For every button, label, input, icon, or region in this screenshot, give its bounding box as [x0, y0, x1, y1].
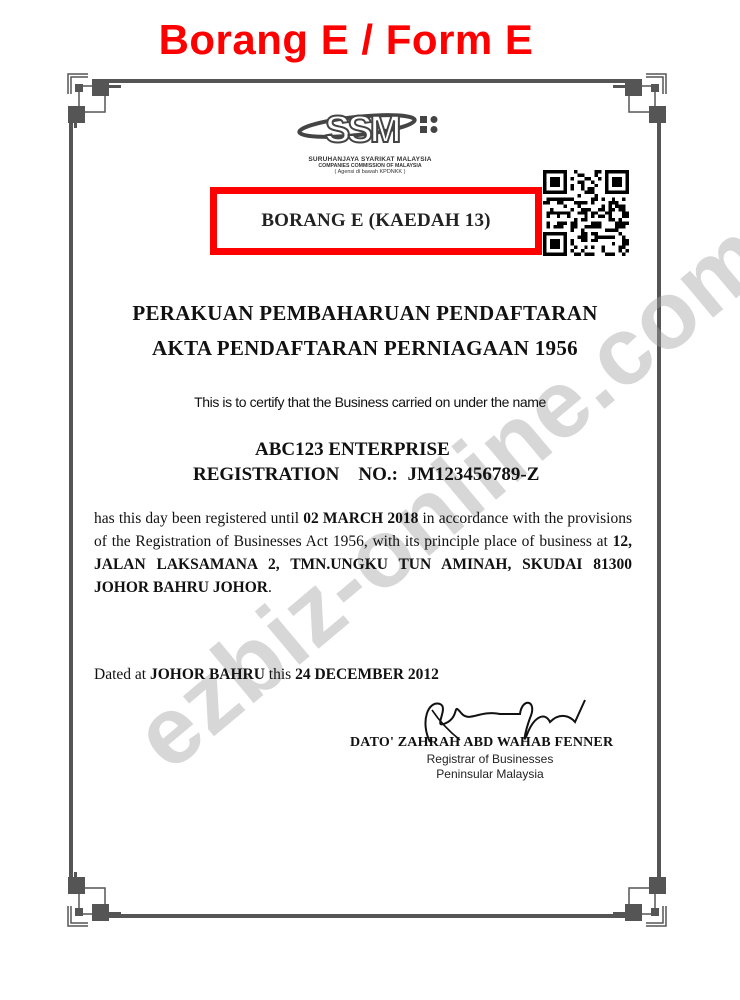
svg-text:SSM: SSM	[325, 109, 400, 151]
logo-text-agency: ( Agensi di bawah KPDNKK )	[290, 169, 450, 175]
corner-ornament-icon	[60, 872, 122, 934]
registration-number: JM123456789-Z	[407, 464, 539, 485]
certificate-title: PERAKUAN PEMBAHARUAN PENDAFTARAN	[70, 301, 660, 326]
certify-statement: This is to certify that the Business car…	[70, 394, 670, 410]
signer-name: DATO' ZAHRAH ABD WAHAB FENNER	[350, 735, 613, 751]
paragraph-text: has this day been registered until	[94, 510, 303, 527]
dated-line: Dated at JOHOR BAHRU this 24 DECEMBER 20…	[94, 666, 439, 684]
dated-text: this	[265, 666, 295, 683]
form-label-box: BORANG E (KAEDAH 13)	[210, 187, 542, 255]
ssm-logo: SSM SURUHANJAYA SYARIKAT MALAYSIA COMPAN…	[290, 104, 450, 175]
expiry-date: 02 MARCH 2018	[303, 510, 418, 527]
signer-title: Registrar of Businesses	[405, 752, 575, 766]
dated-date: 24 DECEMBER 2012	[295, 666, 439, 683]
logo-text-malay: SURUHANJAYA SYARIKAT MALAYSIA	[290, 156, 450, 163]
dated-text: Dated at	[94, 666, 150, 683]
ssm-logo-icon: SSM	[295, 104, 445, 154]
certificate-subtitle: AKTA PENDAFTARAN PERNIAGAAN 1956	[70, 336, 660, 361]
registration-label: REGISTRATION NO.:	[193, 464, 398, 485]
business-name: ABC123 ENTERPRISE	[255, 439, 450, 461]
registration-line: REGISTRATION NO.: JM123456789-Z	[193, 464, 539, 486]
page-heading-text: Borang E / Form E	[159, 14, 534, 66]
qr-code-icon	[543, 170, 629, 256]
corner-ornament-icon	[60, 66, 122, 128]
frame-border-right	[657, 110, 661, 888]
frame-border-left	[69, 110, 73, 888]
corner-ornament-icon	[612, 872, 674, 934]
dated-place: JOHOR BAHRU	[150, 666, 265, 683]
corner-ornament-icon	[612, 66, 674, 128]
registration-paragraph: has this day been registered until 02 MA…	[94, 507, 632, 599]
form-label: BORANG E (KAEDAH 13)	[261, 210, 490, 232]
frame-border-bottom	[100, 914, 640, 918]
frame-border-top	[100, 79, 640, 83]
signer-region: Peninsular Malaysia	[405, 767, 575, 781]
page-heading: Borang E / Form E	[0, 14, 740, 66]
paragraph-text: .	[268, 579, 272, 596]
